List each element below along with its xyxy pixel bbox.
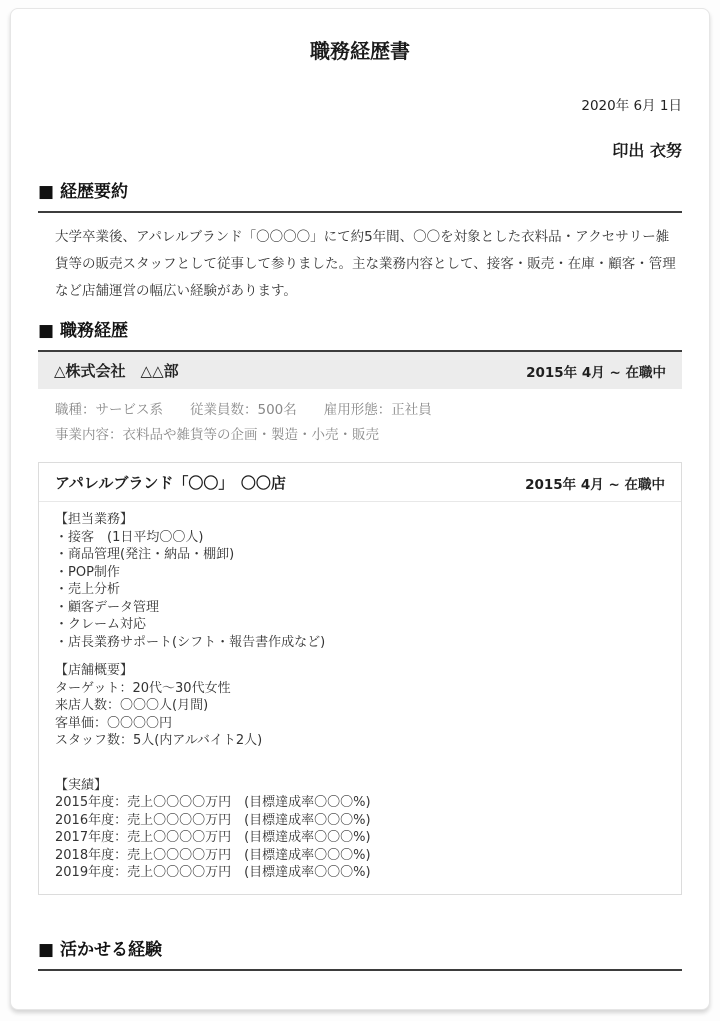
section-heading-career: ■ 職務経歴	[38, 320, 682, 342]
store-overview-block: 【店舗概要】 ターゲット：20代〜30代女性 来店人数：〇〇〇人(月間) 客単価…	[55, 662, 665, 750]
results-heading: 【実績】	[55, 777, 665, 795]
store-card: アパレルブランド「〇〇」 〇〇店 2015年 4月 ~ 在職中 【担当業務】 ・…	[38, 462, 682, 895]
summary-paragraph: 大学卒業後、アパレルブランド「〇〇〇〇」にて約5年間、〇〇を対象とした衣料品・ア…	[38, 224, 682, 305]
duties-block: 【担当業務】 ・接客 (1日平均〇〇人) ・商品管理(発注・納品・棚卸) ・PO…	[55, 511, 665, 651]
list-item: ・顧客データ管理	[55, 599, 665, 617]
list-item: ・売上分析	[55, 581, 665, 599]
list-item: 客単価：〇〇〇〇円	[55, 715, 665, 733]
section-heading-skills: ■ 活かせる経験	[38, 939, 682, 961]
duties-heading: 【担当業務】	[55, 511, 665, 529]
store-name: アパレルブランド「〇〇」 〇〇店	[55, 472, 286, 493]
list-item: ・接客 (1日平均〇〇人)	[55, 529, 665, 547]
applicant-name: 印出 衣努	[38, 138, 682, 161]
page-title: 職務経歴書	[38, 39, 682, 63]
section-divider	[38, 969, 682, 971]
document-date: 2020年 6月 1日	[38, 94, 682, 114]
list-item: ・商品管理(発注・納品・棚卸)	[55, 546, 665, 564]
list-item: ・クレーム対応	[55, 616, 665, 634]
resume-page: 職務経歴書 2020年 6月 1日 印出 衣努 ■ 経歴要約 大学卒業後、アパレ…	[10, 8, 710, 1010]
list-item: ターゲット：20代〜30代女性	[55, 680, 665, 698]
list-item: スタッフ数：5人(内アルバイト2人)	[55, 732, 665, 750]
list-item: 2017年度：売上〇〇〇〇万円 (目標達成率〇〇〇%)	[55, 829, 665, 847]
list-item: 来店人数：〇〇〇人(月間)	[55, 697, 665, 715]
company-meta-line: 職種：サービス系 従業員数：500名 雇用形態：正社員	[55, 398, 682, 423]
store-body: 【担当業務】 ・接客 (1日平均〇〇人) ・商品管理(発注・納品・棚卸) ・PO…	[39, 502, 681, 894]
overview-heading: 【店舗概要】	[55, 662, 665, 680]
list-item: ・店長業務サポート(シフト・報告書作成など)	[55, 634, 665, 652]
company-meta: 職種：サービス系 従業員数：500名 雇用形態：正社員 事業内容：衣料品や雑貨等…	[38, 398, 682, 448]
list-item: 2016年度：売上〇〇〇〇万円 (目標達成率〇〇〇%)	[55, 812, 665, 830]
list-item: 2018年度：売上〇〇〇〇万円 (目標達成率〇〇〇%)	[55, 847, 665, 865]
results-block: 【実績】 2015年度：売上〇〇〇〇万円 (目標達成率〇〇〇%) 2016年度：…	[55, 777, 665, 882]
list-item: 2015年度：売上〇〇〇〇万円 (目標達成率〇〇〇%)	[55, 794, 665, 812]
store-header: アパレルブランド「〇〇」 〇〇店 2015年 4月 ~ 在職中	[39, 463, 681, 502]
company-header-bar: △株式会社 △△部 2015年 4月 ~ 在職中	[38, 352, 682, 389]
list-item: 2019年度：売上〇〇〇〇万円 (目標達成率〇〇〇%)	[55, 864, 665, 882]
store-period: 2015年 4月 ~ 在職中	[525, 473, 665, 493]
section-divider	[38, 211, 682, 213]
company-period: 2015年 4月 ~ 在職中	[526, 361, 666, 381]
company-meta-line: 事業内容：衣料品や雑貨等の企画・製造・小売・販売	[55, 423, 682, 448]
company-name: △株式会社 △△部	[54, 360, 179, 381]
section-heading-summary: ■ 経歴要約	[38, 181, 682, 203]
list-item: ・POP制作	[55, 564, 665, 582]
